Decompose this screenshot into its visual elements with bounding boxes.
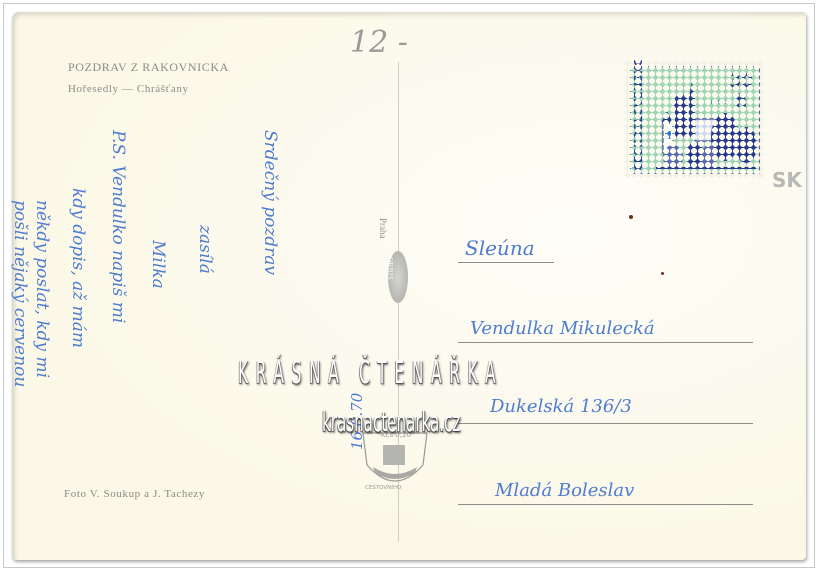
message-line-7: pošli nějaký cervenou — [10, 200, 30, 387]
address-rule-4 — [458, 504, 753, 505]
message-line-4: P.S. Vendulko napiš mi — [108, 130, 128, 323]
address-rule-1 — [458, 262, 554, 263]
address-line-1: Sleúna — [465, 236, 535, 260]
message-line-1: Srdečný pozdrav — [260, 130, 280, 275]
message-line-3: Milka — [148, 240, 168, 289]
message-line-5: kdy dopis, až mám — [68, 188, 88, 348]
pencil-note: 12 - — [350, 25, 408, 60]
publisher-city: Praha — [378, 218, 388, 239]
address-rule-2 — [458, 342, 753, 343]
message-line-2: zasílá — [195, 225, 215, 274]
watermark-title: KRÁSNÁ ČTENÁŘKA — [238, 355, 503, 391]
svg-text:CESTOVNÍHO: CESTOVNÍHO — [365, 484, 402, 491]
stain-spot — [661, 272, 664, 275]
stain-spot — [629, 215, 633, 219]
postcard-title: POZDRAV Z RAKOVNICKA — [68, 60, 229, 75]
stamp-face: ČESKOSLOVENSKO 30 h KOŠICE — [630, 66, 760, 174]
postcard-subtitle: Hořesedly — Chrášťany — [68, 83, 189, 95]
photo-credit: Foto V. Soukup a J. Tachezy — [64, 488, 205, 500]
address-line-3: Dukelská 136/3 — [490, 396, 632, 417]
address-line-4: Mladá Boleslav — [495, 480, 634, 501]
stamp-country: ČESKOSLOVENSKO — [633, 57, 645, 171]
margin-mark: SK — [772, 168, 802, 192]
message-line-6: někdy poslat, kdy mi — [32, 200, 52, 378]
address-rule-3 — [458, 423, 753, 424]
watermark-url: krasnactenarka.cz — [322, 405, 460, 438]
postage-stamp: ČESKOSLOVENSKO 30 h KOŠICE — [624, 60, 764, 178]
castle-illustration-icon — [651, 79, 761, 174]
publisher-logo-icon: ORBIS — [388, 251, 408, 303]
address-line-2: Vendulka Mikulecká — [470, 318, 655, 339]
